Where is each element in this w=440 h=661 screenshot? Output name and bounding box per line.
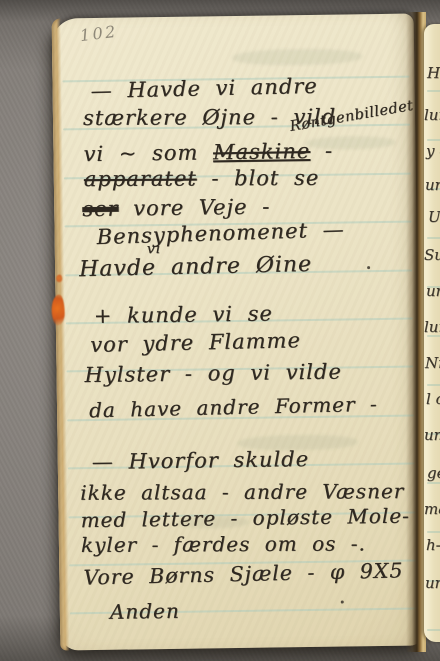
line-text: kyler - færdes om os -. <box>81 531 366 556</box>
struck-word: Maskine <box>213 139 311 164</box>
handwriting-line: vi ~ som Maskine - <box>83 139 333 166</box>
ink-showthrough <box>232 48 362 66</box>
page-edge <box>52 18 70 650</box>
line-text: - blot se <box>197 166 320 191</box>
next-page-text-fragment: H <box>427 64 440 82</box>
line-text: vi <box>147 241 162 257</box>
notebook-page: 102 — Havde vi andre stærkere Øjne - vil… <box>52 14 423 651</box>
inserted-word: vi <box>147 241 162 257</box>
rule-line <box>427 139 440 141</box>
line-text: + kunde vi se <box>94 301 273 327</box>
next-page-text-fragment: mal <box>424 500 440 518</box>
next-page-text-fragment: Nm <box>425 354 440 372</box>
line-text: vore Veje - <box>118 195 270 221</box>
handwriting-line: ikke altsaa - andre Væsner <box>80 479 404 505</box>
handwriting-line: + kunde vi se <box>94 301 273 327</box>
rust-stain <box>51 294 64 325</box>
next-page-text-fragment: lun <box>424 318 440 336</box>
handwriting-line: ser vore Veje - <box>82 195 270 222</box>
handwriting-line: Hylster - og vi vilde <box>84 360 342 388</box>
handwriting-line: Anden <box>110 599 180 624</box>
line-text: Røntgenbilledet <box>289 98 415 135</box>
line-text: - <box>310 139 333 163</box>
next-page-text-fragment: um <box>425 574 440 592</box>
handwriting-line: Havde andre Øine <box>79 252 313 282</box>
line-text: Havde <box>79 255 156 282</box>
next-page-text-fragment: ge <box>427 464 440 482</box>
line-text: ikke altsaa - andre Væsner <box>80 479 404 505</box>
struck-word: ser <box>82 197 119 222</box>
line-text: Bensyphenomenet — <box>96 217 345 249</box>
next-page-text-fragment: h- <box>426 536 440 554</box>
rust-stain-small <box>56 274 62 282</box>
rule-line <box>427 482 440 484</box>
handwriting-line: vor ydre Flamme <box>90 328 301 357</box>
ink-speck <box>341 601 344 604</box>
handwriting-line: da have andre Former - <box>89 392 378 423</box>
line-text: vi ~ som <box>83 140 213 166</box>
line-text: da have andre Former - <box>89 392 378 423</box>
line-text: med lettere - opløste Mole- <box>80 504 410 533</box>
handwriting-line: med lettere - opløste Mole- <box>80 504 410 533</box>
next-page-text-fragment: Ul <box>428 208 440 226</box>
next-page-text-fragment: und <box>424 426 440 444</box>
handwriting-line: Bensyphenomenet — <box>96 217 345 249</box>
handwriting-line: kyler - færdes om os -. <box>81 531 366 556</box>
ruled-lines <box>52 14 414 19</box>
handwriting-line: — Havde vi andre <box>90 74 318 103</box>
rule-line <box>427 384 440 386</box>
handwriting-line: — Hvorfor skulde <box>92 447 310 474</box>
ink-speck <box>367 266 370 269</box>
line-text: — Hvorfor skulde <box>92 447 310 474</box>
binding-gutter <box>406 12 426 652</box>
rule-line <box>427 531 440 533</box>
next-page-edge: Hluny eunUlSuumlunNml cundgemalh-um <box>424 24 440 642</box>
next-page-text-fragment: y e <box>426 142 440 160</box>
rule-line <box>427 237 440 239</box>
next-page-text-fragment: um <box>426 282 440 300</box>
handwriting-line: apparatet - blot se <box>84 166 319 191</box>
next-page-text-fragment: l c <box>426 390 440 408</box>
inserted-word: Røntgenbilledet <box>289 98 415 135</box>
line-text: — Havde vi andre <box>90 74 318 103</box>
rule-line <box>427 90 440 92</box>
rule-line <box>427 629 440 631</box>
line-text: Anden <box>110 599 180 624</box>
line-text: Hylster - og vi vilde <box>84 360 342 388</box>
line-text: vor ydre Flamme <box>90 328 301 357</box>
next-page-text-fragment: un <box>425 176 440 194</box>
next-page-text-fragment: Su <box>424 246 440 264</box>
page-number: 102 <box>79 22 119 45</box>
line-text: andre Øine <box>156 252 313 281</box>
struck-word: apparatet <box>84 167 197 192</box>
next-page-text-fragment: lun <box>424 106 440 124</box>
